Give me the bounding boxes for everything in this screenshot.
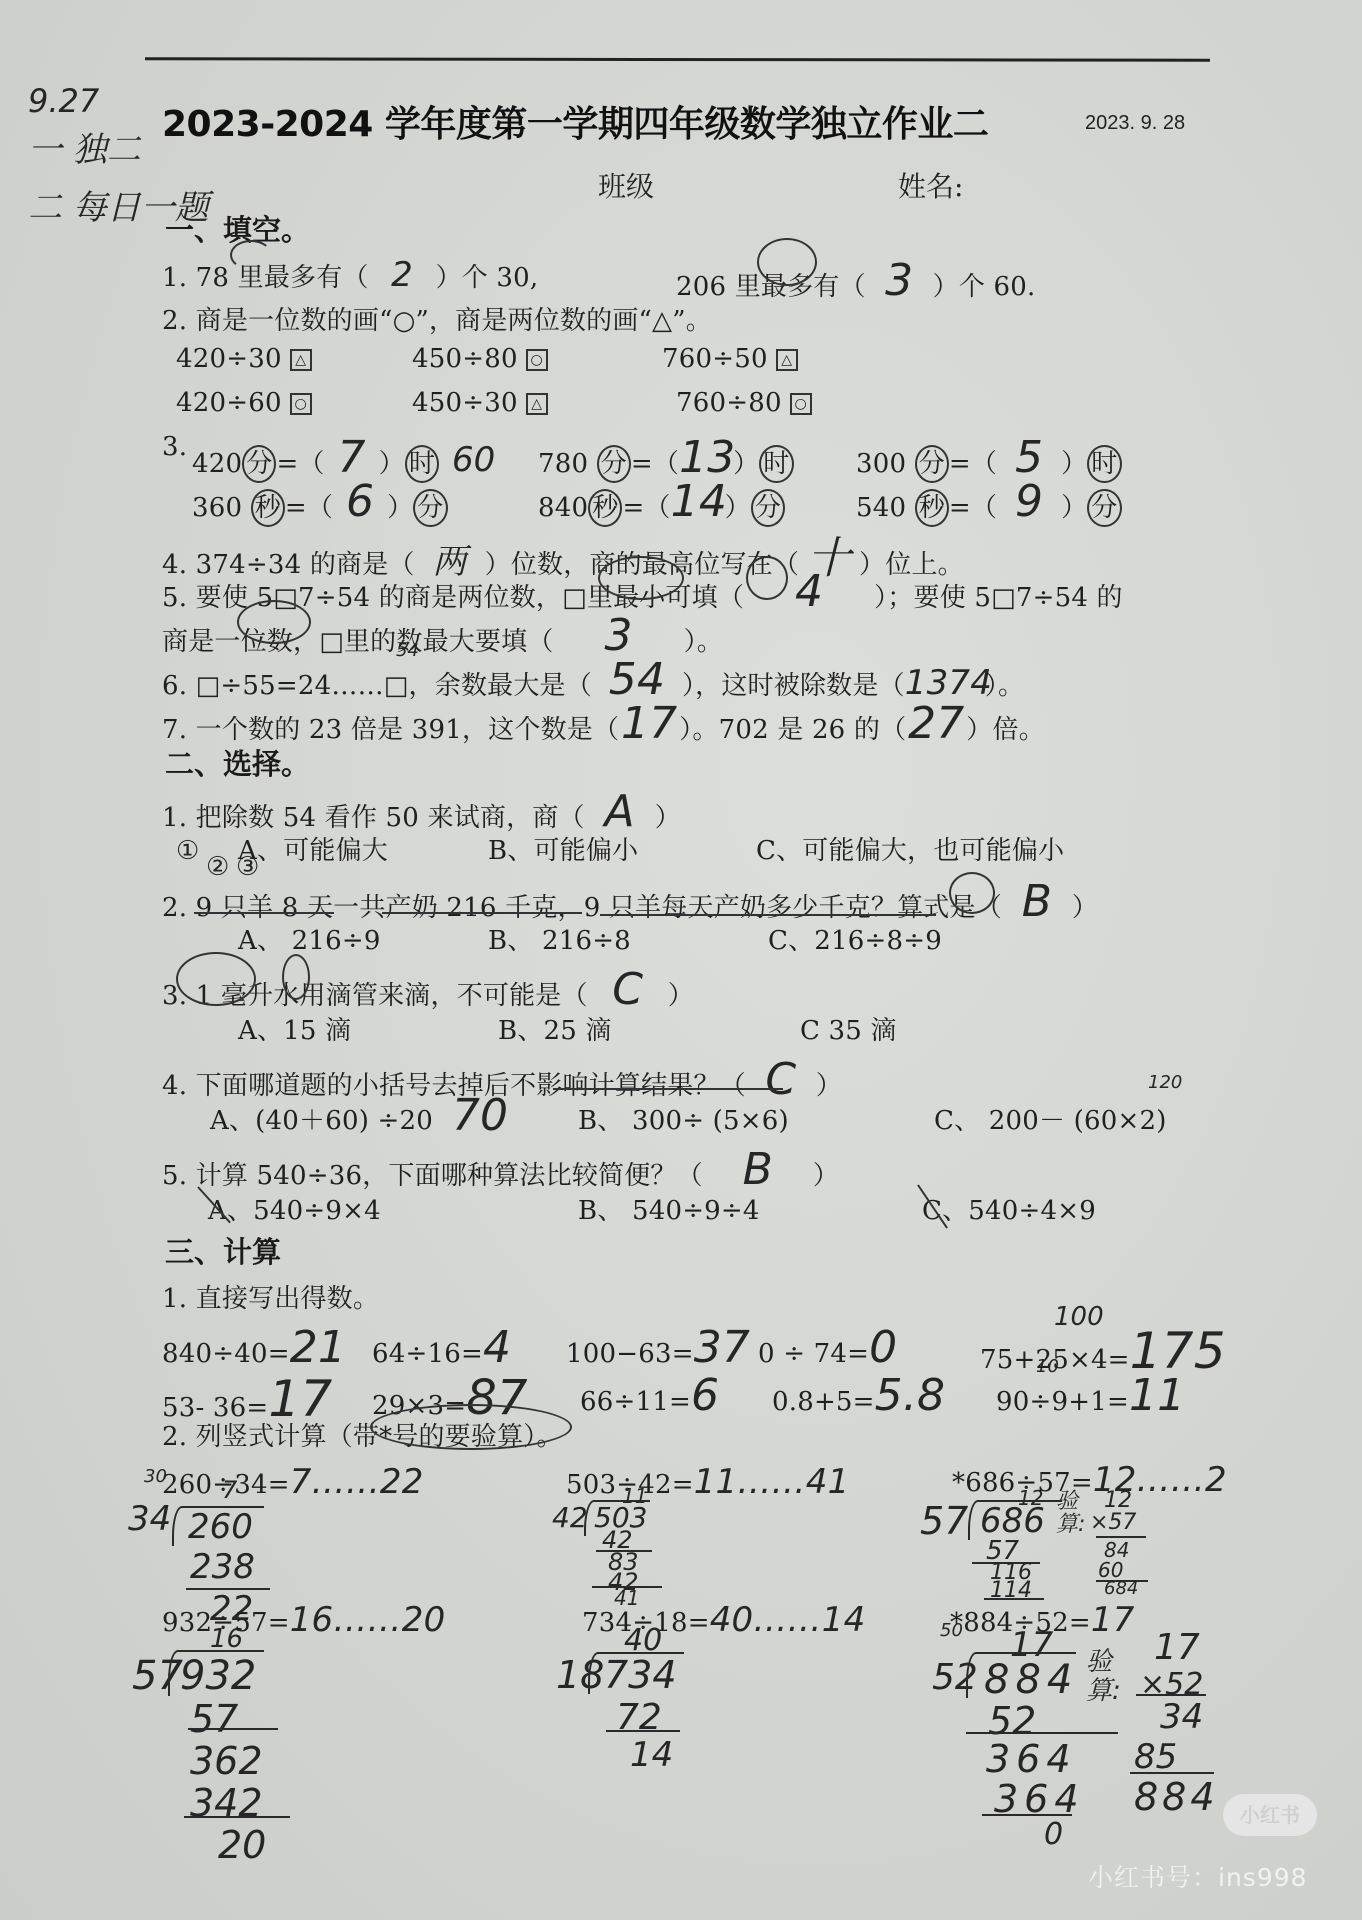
division-line [184, 1816, 290, 1818]
s1-q3-item: 840秒=（14）分 [538, 476, 785, 527]
section2-heading: 二、选择。 [165, 742, 310, 783]
s1-q3-item: 540 秒=（9）分 [856, 476, 1122, 527]
xiaohongshu-logo-badge: 小红书 [1223, 1794, 1317, 1836]
p3-check: 12 [1104, 1490, 1132, 1512]
s2-q3-option-c: C 35 滴 [800, 1010, 897, 1047]
answer: 0 [869, 1322, 897, 1373]
p1-divisor: 34 [128, 1502, 171, 1536]
s3-p1-item: 840÷40=21 [162, 1322, 346, 1373]
margin-note-line1: 一 独二 [28, 122, 141, 171]
expr: 450÷80 [412, 344, 518, 374]
p3-divisor: 57 [920, 1502, 968, 1540]
s1-q2-item: 420÷30△ [176, 344, 312, 374]
p6-step: 52 [988, 1702, 1036, 1740]
answer: 16……20 [290, 1600, 446, 1640]
s1-q3-item: 360 秒=（6）分 [192, 476, 448, 527]
p3-check: ×57 [1090, 1512, 1136, 1534]
expr: 0 ÷ 74= [758, 1339, 869, 1369]
p6-dividend: 884 [984, 1660, 1078, 1700]
s2-q2-option-b: B、 216÷8 [488, 920, 631, 957]
s1-q1-a: 1. 78 里最多有（ 2 ）个 30, [162, 255, 538, 295]
division-line [606, 1730, 680, 1732]
p3-check: 60 [1098, 1560, 1123, 1580]
s1-q1-b-answer: 3 [874, 255, 924, 306]
check-line [1130, 1772, 1214, 1774]
class-label: 班级 [598, 165, 654, 205]
p6-step: 0 [1044, 1820, 1063, 1850]
answer: 5.8 [875, 1370, 946, 1421]
p6-step: 364 [994, 1780, 1085, 1818]
value: 300 [856, 449, 906, 479]
s1-q2-item: 450÷30△ [412, 388, 548, 418]
annotation-circle [598, 556, 684, 600]
annotation-circle [176, 952, 256, 1006]
expr: 100−63= [566, 1339, 694, 1369]
s2-q5-option-b: B、 540÷9÷4 [578, 1190, 760, 1227]
division-line [982, 1814, 1072, 1816]
answer-box: ○ [790, 393, 812, 415]
s2-q4-option-b: B、 300÷ (5×6) [578, 1100, 789, 1137]
value: 540 [856, 493, 906, 523]
stem: 1. 把除数 54 看作 50 来试商，商（ [162, 803, 585, 833]
p4-expr: 932÷57=16……20 [162, 1600, 445, 1640]
value: 360 [192, 493, 242, 523]
p6-check: 884 [1134, 1778, 1219, 1816]
s1-q1-a-suffix: ）个 30, [436, 263, 539, 293]
p6-step: 364 [986, 1740, 1077, 1778]
s3-p1-note: 10 [1036, 1356, 1059, 1377]
p3-check: 684 [1104, 1580, 1138, 1598]
answer: 9 [997, 476, 1061, 527]
prefix: 6. □÷55=24……□，余数最大是（ [162, 671, 592, 701]
p6-check-label: 验算: [1086, 1648, 1112, 1705]
p5-dividend: 734 [604, 1656, 677, 1694]
s3-p1-item: 90÷9+1=11 [996, 1370, 1185, 1421]
expr: 420÷60 [176, 388, 282, 418]
s1-q6-note: 54 [396, 640, 419, 661]
p6-check: 85 [1134, 1740, 1177, 1774]
p4-step: 362 [190, 1742, 263, 1780]
prefix: 7. 一个数的 23 倍是 391，这个数是（ [162, 715, 619, 745]
answer: 21 [290, 1322, 346, 1373]
s1-q1-a-answer: 2 [377, 255, 427, 295]
value: 840 [538, 493, 588, 523]
underline [382, 912, 582, 914]
answer: C [746, 1054, 816, 1105]
expr: 420÷30 [176, 344, 282, 374]
answer: B [703, 1144, 813, 1195]
p6-check: 34 [1160, 1700, 1203, 1734]
underline [194, 912, 334, 914]
expr: 0.8+5= [772, 1387, 875, 1417]
s2-q1-option-b: B、可能偏小 [488, 830, 638, 867]
suffix: ）。 [985, 671, 1024, 701]
s2-q2-option-c: C、216÷8÷9 [768, 920, 942, 957]
s2-q1-option-c: C、可能偏大，也可能偏小 [756, 830, 1064, 867]
answer-dividend: 1374 [905, 663, 985, 703]
watermark-text: 小红书号：ins998 [1088, 1858, 1308, 1894]
s1-q2-item: 420÷60○ [176, 388, 312, 418]
s1-q2-item: 760÷80○ [676, 388, 812, 418]
answer: 7……22 [290, 1462, 424, 1502]
division-line [966, 1732, 1118, 1734]
expr: 90÷9+1= [996, 1387, 1129, 1417]
answer-box: △ [776, 349, 798, 371]
close: ） [655, 803, 681, 833]
top-rule [145, 57, 1210, 61]
answer: 6 [691, 1370, 719, 1421]
answer: 11 [1129, 1370, 1185, 1421]
value: 420 [192, 449, 242, 479]
answer-box: △ [290, 349, 312, 371]
suffix: ）。 [684, 627, 723, 657]
p1-expr: 260÷34=7……22 [162, 1462, 424, 1502]
s2-q5-stem: 5. 计算 540÷36，下面哪种算法比较简便？（B） [162, 1144, 839, 1195]
p3-expr: *686÷57=12……2 [952, 1460, 1227, 1500]
p5-step: 14 [630, 1738, 673, 1772]
expr: 450÷30 [412, 388, 518, 418]
underline [600, 914, 936, 916]
section3-heading: 三、计算 [165, 1230, 281, 1271]
answer: B [1002, 876, 1072, 927]
p2-divisor: 42 [552, 1504, 588, 1532]
s1-q1-b-suffix: ）个 60. [933, 272, 1036, 302]
middle: ），这时被除数是（ [682, 671, 905, 701]
unit-to: 分 [1087, 489, 1121, 527]
s3-p1-note: 100 [1054, 1302, 1104, 1332]
expr: 760÷50 [662, 344, 768, 374]
expr: 840÷40= [162, 1339, 290, 1369]
p4-step: 20 [218, 1826, 266, 1864]
worksheet-title: 2023-2024 学年度第一学期四年级数学独立作业二 [162, 96, 988, 147]
name-label: 姓名: [898, 165, 963, 205]
value: 780 [538, 449, 588, 479]
answer-box: ○ [526, 349, 548, 371]
s1-q2-text: 2. 商是一位数的画“○”，商是两位数的画“△”。 [162, 300, 712, 337]
s2-q5-option-a: A、540÷9×4 [208, 1190, 381, 1227]
middle: ）。702 是 26 的（ [679, 715, 906, 745]
expr: 760÷80 [676, 388, 782, 418]
close: ） [816, 1071, 842, 1101]
s3-p1-item: 0 ÷ 74=0 [758, 1322, 897, 1373]
p1-quotient: 7 [222, 1478, 237, 1502]
annotation-circle [370, 1404, 572, 1450]
annotation-circle [282, 954, 310, 1000]
answer: 17 [619, 698, 679, 749]
annotation-circle [949, 872, 995, 914]
division-line [188, 1728, 278, 1730]
underline [553, 1088, 783, 1090]
answer: 11……41 [694, 1462, 850, 1502]
answer: 27 [906, 698, 966, 749]
answer: 6 [333, 476, 387, 527]
stem: 2. 9 只羊 8 天一共产奶 216 千克，9 只羊每天产奶多少千克？算式是（ [162, 893, 1002, 923]
p6-check: 17 [1154, 1630, 1200, 1666]
answer: 40……14 [710, 1600, 866, 1640]
p4-step: 57 [190, 1700, 238, 1738]
s2-q4-option-a: A、(40＋60) ÷20 [210, 1100, 433, 1137]
s3-p1-item: 100−63=37 [566, 1322, 750, 1373]
p4-quotient: 16 [210, 1626, 243, 1652]
s3-p1-item: 0.8+5=5.8 [772, 1370, 945, 1421]
prefix: 商是一位数，□里的数最大要填（ [162, 627, 554, 657]
suffix: ）；要使 5□7÷54 的 [874, 583, 1123, 613]
answer: 37 [694, 1322, 750, 1373]
s1-q3-note: 60 [452, 440, 495, 480]
p3-dividend: 686 [980, 1504, 1045, 1538]
annotation-circle [757, 238, 817, 286]
p6-note: 50 [940, 1620, 963, 1641]
close: ） [1072, 893, 1098, 923]
s2-q1-option-a: A、可能偏大 [238, 830, 388, 867]
p4-dividend: 932 [180, 1656, 256, 1696]
expr: 64÷16= [372, 1339, 483, 1369]
s2-q2-option-a: A、 216÷9 [238, 920, 381, 957]
s2-q4-option-c: C、 200－ (60×2) [934, 1100, 1167, 1137]
stem: 5. 计算 540÷36，下面哪种算法比较简便？（ [162, 1161, 703, 1191]
s2-q4-note-a: 70 [452, 1090, 508, 1141]
annotation-circle [237, 600, 311, 644]
p1-step: 238 [190, 1550, 255, 1584]
p2-expr: 503÷42=11……41 [566, 1462, 849, 1502]
answer: 17 [1091, 1600, 1135, 1640]
s3-p1-item: 66÷11=6 [580, 1370, 719, 1421]
answer-box: △ [526, 393, 548, 415]
p1-dividend: 260 [188, 1510, 253, 1544]
s2-q3-option-a: A、15 滴 [238, 1010, 351, 1047]
annotation-1: ① [176, 836, 199, 866]
s1-q2-item: 760÷50△ [662, 344, 798, 374]
s2-q4-note-c: 120 [1148, 1072, 1182, 1093]
p3-check: 84 [1104, 1540, 1129, 1560]
s1-q2-item: 450÷80○ [412, 344, 548, 374]
annotation-circle [746, 556, 788, 600]
close: ） [813, 1161, 839, 1191]
s3-part1-label: 1. 直接写出得数。 [162, 1278, 379, 1315]
suffix: ）倍。 [966, 715, 1045, 745]
answer-box: ○ [290, 393, 312, 415]
close: ） [668, 981, 694, 1011]
p3-check-label: 验算: [1056, 1490, 1078, 1536]
check-line [1136, 1694, 1206, 1696]
answer: C [588, 964, 668, 1015]
expr: 66÷11= [580, 1387, 691, 1417]
s1-q1-a-prefix: 1. 78 里最多有（ [162, 263, 369, 293]
worksheet-date: 2023. 9. 28 [1085, 112, 1185, 135]
answer: 14 [671, 476, 725, 527]
margin-note-date: 9.27 [28, 82, 99, 120]
s1-q3-prefix: 3. [162, 432, 187, 462]
s3-p1-item: 64÷16=4 [372, 1322, 511, 1373]
s2-q5-option-c: C、540÷4×9 [922, 1190, 1096, 1227]
s1-q1-b: 206 里最多有（ 3 ）个 60. [676, 255, 1035, 306]
answer: 4 [483, 1322, 511, 1373]
annotation-circle [230, 240, 272, 270]
s2-q3-option-b: B、25 滴 [498, 1010, 612, 1047]
